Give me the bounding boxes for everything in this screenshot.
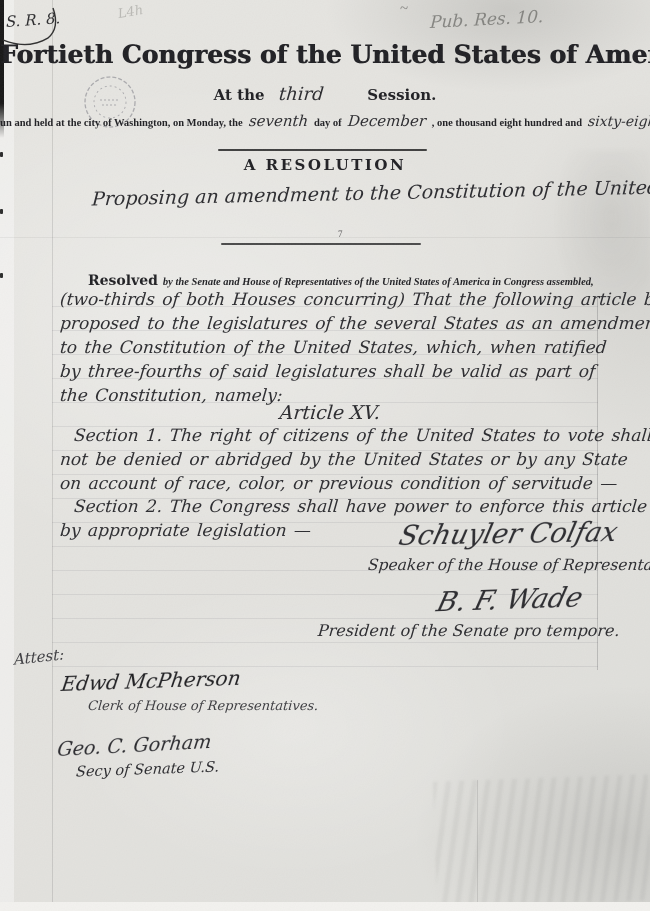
scan-bottom-strip [0,902,650,911]
section2-line: Section 2. The Congress shall have power… [73,497,648,517]
signature-senate-secretary: Geo. C. Gorham [56,731,213,761]
preamble-line: to the Constitution of the United States… [59,338,607,358]
convening-year: sixty-eight. [587,114,650,130]
convening-month: December [347,112,427,130]
rule-below-subtitle [221,243,421,245]
resolution-heading: A RESOLUTION [0,156,650,174]
convening-printed-2: day of [314,118,342,129]
section1-line: on account of race, color, or previous c… [59,474,618,494]
document-page: S. R. 8. L4h ~ Pub. Res. 10. Fortieth Co… [0,0,650,911]
section1-line: Section 1. The right of citizens of the … [73,426,650,446]
signature-house-clerk: Edwd McPherson [60,666,243,696]
ink-speck [0,273,3,278]
resolved-clause: Resolved by the Senate and House of Repr… [88,273,608,289]
stray-mark: 7 [338,229,343,239]
pencil-scribble: L4h [117,3,145,22]
senate-secretary-title: Secy of Senate U.S. [75,759,219,780]
president-pro-tempore-title: President of the Senate pro tempore. [317,621,620,640]
congress-title: Fortieth Congress of the United States o… [0,40,650,69]
session-suffix: Session. [367,86,436,104]
resolution-subtitle: Proposing an amendment to the Constituti… [91,178,612,211]
preamble-line: by three-fourths of said legislatures sh… [59,362,596,382]
convening-day: seventh [248,112,309,130]
session-prefix: At the [214,86,265,104]
rule-above-heading [218,149,427,151]
signature-president-pro-tempore: B. F. Wade [433,583,586,619]
section1-line: not be denied or abridged by the United … [59,450,629,470]
session-handwritten: third [278,84,325,105]
signature-speaker: Schuyler Colfax [396,517,621,552]
smudge-bottom-right [433,774,650,907]
pencil-squiggle: ~ [400,1,408,18]
ink-speck [0,209,3,214]
convening-printed-3: , one thousand eight hundred and [432,118,582,129]
resolved-rest: by the Senate and House of Representativ… [163,277,594,288]
section2-line: by appropriate legislation — [59,521,312,541]
article-heading: Article XV. [59,402,601,424]
preamble-line: proposed to the legislatures of the seve… [59,314,650,334]
resolved-word: Resolved [88,273,158,289]
public-resolution-number: Pub. Res. 10. [430,7,544,33]
convening-line: Begun and held at the city of Washington… [22,112,628,130]
speaker-title: Speaker of the House of Representatives. [367,556,650,574]
preamble-line: (two-thirds of both Houses concurring) T… [59,290,650,310]
convening-printed-1: Begun and held at the city of Washington… [0,118,243,129]
house-clerk-title: Clerk of House of Representatives. [87,699,319,714]
session-line: At the third Session. [0,84,650,105]
